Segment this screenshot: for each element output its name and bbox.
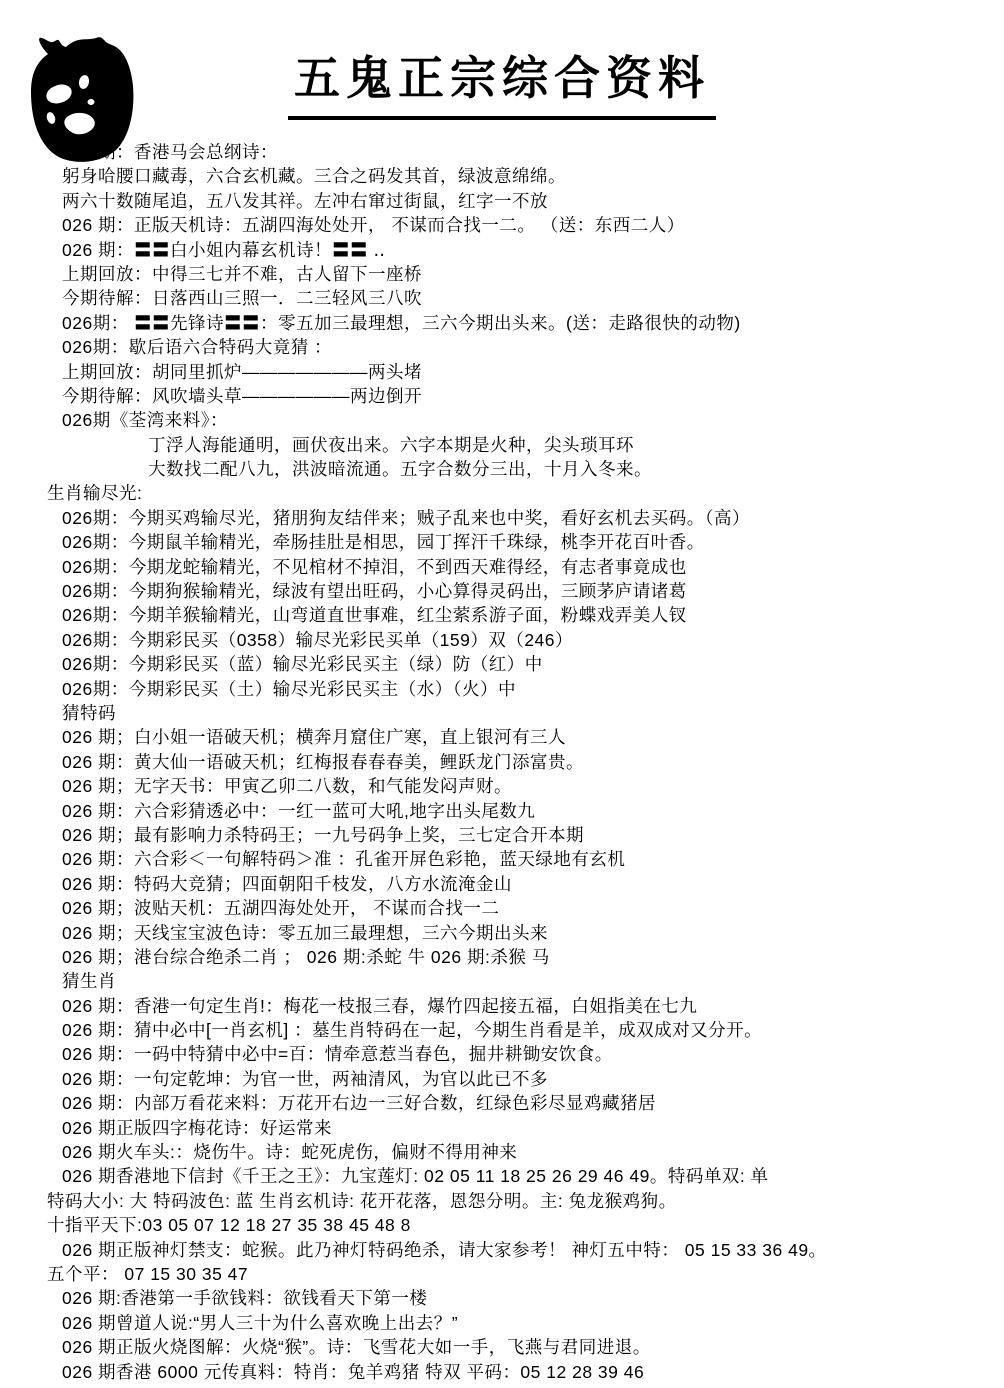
text-line: 特码大小: 大 特码波色: 蓝 生肖玄机诗: 花开花落，恩怨分明。主: 兔龙猴鸡… [0, 1189, 1004, 1213]
text-line: 今期待解：日落西山三照一．二三轻风三八吹 [0, 286, 1004, 310]
title-wrap: 五鬼正宗综合资料 [0, 42, 1004, 120]
text-line: 026期：今期鼠羊输精光，牵肠挂肚是相思，园丁挥汗千珠绿，桃李开花百叶香。 [0, 530, 1004, 554]
text-line: 026 期；无字天书：甲寅乙卯二八数，和气能发闷声财。 [0, 774, 1004, 798]
page-header: 五鬼正宗综合资料 [0, 0, 1004, 142]
text-line: 026期《荃湾来料》： [0, 408, 1004, 432]
text-line: 026 期：黄大仙一语破天机；红梅报春春春美，鲤跃龙门添富贵。 [0, 750, 1004, 774]
text-line: 026 期：香港一句定生肖!：梅花一枝报三春，爆竹四起接五福，白姐指美在七九 [0, 994, 1004, 1018]
text-line: 026期：今期彩民买（土）输尽光彩民买主（水）（火）中 [0, 677, 1004, 701]
text-line: 上期回放：中得三七并不难，古人留下一座桥 [0, 262, 1004, 286]
text-line: 026 期：六合彩＜一句解特码＞准 ：孔雀开屏色彩艳，蓝天绿地有玄机 [0, 847, 1004, 871]
text-line: 猜特码 [0, 701, 1004, 725]
text-line: 026 期；天线宝宝波色诗：零五加三最理想，三六今期出头来 [0, 921, 1004, 945]
text-line: 上期回放：胡同里抓炉———————两头堵 [0, 360, 1004, 384]
text-line: 猜生肖 [0, 969, 1004, 993]
text-line: 026 期：特码大竞猜；四面朝阳千枝发，八方水流淹金山 [0, 872, 1004, 896]
text-line: 026 期正版四字梅花诗：好运常来 [0, 1116, 1004, 1140]
text-line: 026 期；波贴天机：五湖四海处处开， 不谋而合找一二 [0, 896, 1004, 920]
text-line: 026 期：香港马会总纲诗： [0, 140, 1004, 164]
text-line: 生肖输尽光: [0, 481, 1004, 505]
text-line: 026 期：一句定乾坤：为官一世，两袖清风，为官以此已不多 [0, 1067, 1004, 1091]
text-line: 026期：今期羊猴输精光，山弯道直世事难，红尘萦系游子面，粉蝶戏弄美人钗 [0, 603, 1004, 627]
text-line: 026 期：〓〓白小姐内幕玄机诗！〓〓 ‥ [0, 238, 1004, 262]
text-line: 今期待解：风吹墙头草——————两边倒开 [0, 384, 1004, 408]
text-line: 026期：今期买鸡输尽光，猪朋狗友结伴来；贼子乱来也中奖，看好玄机去买码。（高） [0, 506, 1004, 530]
text-line: 026期：歇后语六合特码大竟猜 ： [0, 335, 1004, 359]
text-line: 026期：今期龙蛇输精光，不见棺材不掉泪，不到西天难得经，有志者事竟成也 [0, 555, 1004, 579]
page-title: 五鬼正宗综合资料 [288, 42, 716, 120]
text-line: 026 期：内部万看花来料：万花开右边一三好合数，红绿色彩尽显鸡藏猪居 [0, 1091, 1004, 1115]
text-line: 026 期香港地下信封《千王之王》：九宝莲灯: 02 05 11 18 25 2… [0, 1164, 1004, 1188]
text-line: 026期：今期彩民买（蓝）输尽光彩民买主（绿）防（红）中 [0, 652, 1004, 676]
text-line: 026 期：一码中特猜中必中=百：情牵意惹当春色，掘井耕锄安饮食。 [0, 1042, 1004, 1066]
text-line: 026 期正版神灯禁支：蛇猴。此乃神灯特码绝杀，请大家参考！ 神灯五中特： 05… [0, 1238, 1004, 1262]
text-line: 026期：今期狗猴输精光，绿波有望出旺码，小心算得灵码出，三顾茅庐请诸葛 [0, 579, 1004, 603]
text-line: 026 期；港台综合绝杀二肖 ； 026 期:杀蛇 牛 026 期:杀猴 马 [0, 945, 1004, 969]
text-line: 026 期火车头:：烧伤牛。诗：蛇死虎伤，偏财不得用神来 [0, 1140, 1004, 1164]
text-line: 026期：今期彩民买（0358）输尽光彩民买单（159）双（246） [0, 628, 1004, 652]
text-line: 十指平天下:03 05 07 12 18 27 35 38 45 48 8 [0, 1213, 1004, 1237]
text-line: 躬身哈腰口藏毒，六合玄机藏。三合之码发其首，绿波意绵绵。 [0, 164, 1004, 188]
text-line: 026 期；白小姐一语破天机；横奔月窟住广寒，直上银河有三人 [0, 725, 1004, 749]
text-line: 026 期香港 6000 元传真料：特肖：兔羊鸡猪 特双 平码：05 12 28… [0, 1360, 1004, 1384]
text-line: 026 期正版火烧图解：火烧“猴”。诗：飞雪花大如一手，飞燕与君同进退。 [0, 1335, 1004, 1359]
text-line: 两六十数随尾追，五八发其祥。左冲右窜过街鼠，红字一不放 [0, 189, 1004, 213]
text-line: 026期： 〓〓先锋诗〓〓：零五加三最理想，三六今期出头来。(送：走路很快的动物… [0, 311, 1004, 335]
text-line: 大数找二配八九，洪波暗流通。五字合数分三出，十月入冬来。 [0, 457, 1004, 481]
text-line: 026 期：猜中必中[一肖玄机] ：墓生肖特码在一起，今期生肖看是羊，成双成对又… [0, 1018, 1004, 1042]
text-line: 丁浮人海能通明，画伏夜出来。六字本期是火种，尖头琐耳环 [0, 433, 1004, 457]
document-page: 五鬼正宗综合资料 026 期：香港马会总纲诗：躬身哈腰口藏毒，六合玄机藏。三合之… [0, 0, 1004, 1388]
text-line: 026 期曾道人说:“男人三十为什么喜欢晚上出去？” [0, 1311, 1004, 1335]
text-line: 026 期；最有影响力杀特码王；一九号码争上奖，三七定合开本期 [0, 823, 1004, 847]
text-line: 026 期：六合彩猜透必中：一红一蓝可大吼,地字出头尾数九 [0, 799, 1004, 823]
text-line: 026 期：正版天机诗：五湖四海处处开， 不谋而合找一二。 （送：东西二人） [0, 213, 1004, 237]
content-lines: 026 期：香港马会总纲诗：躬身哈腰口藏毒，六合玄机藏。三合之码发其首，绿波意绵… [0, 140, 1004, 1384]
text-line: 五个平： 07 15 30 35 47 [0, 1262, 1004, 1286]
text-line: 026 期:香港第一手欲钱料：欲钱看天下第一楼 [0, 1286, 1004, 1310]
